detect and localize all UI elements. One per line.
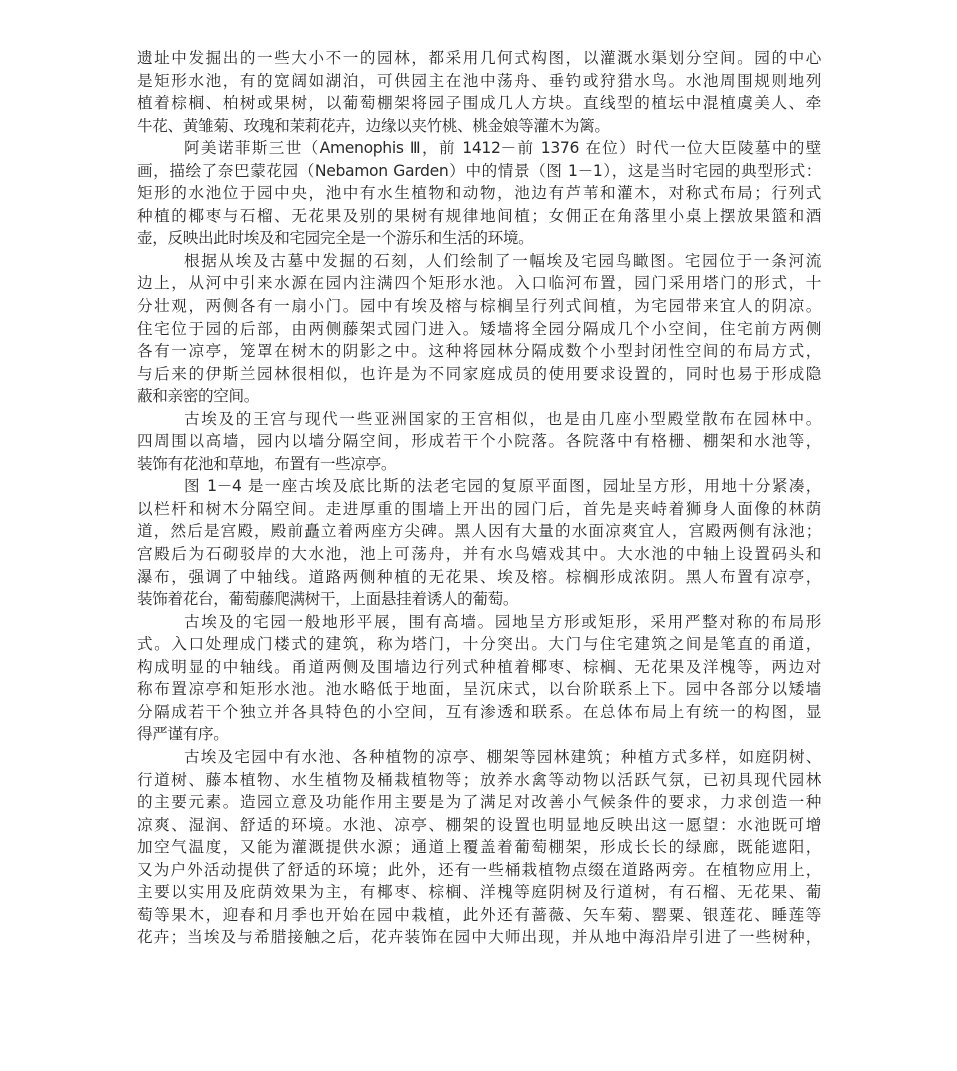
text-line: 古埃及的宅园一般地形平展，围有高墙。园地呈方形或矩形，采用严整对称的布局形 <box>137 611 821 634</box>
text-line: 住宅位于园的后部，由两侧藤架式园门进入。矮墙将全园分隔成几个小空间，住宅前方两侧 <box>137 318 821 341</box>
text-line: 矩形的水池位于园中央，池中有水生植物和动物，池边有芦苇和灌木，对称式布局；行列式 <box>137 182 821 205</box>
text-line: 主要以实用及庇荫效果为主，有椰枣、棕榈、洋槐等庭阴树及行道树，有石榴、无花果、葡 <box>137 881 821 904</box>
paragraph: 古埃及宅园中有水池、各种植物的凉亭、棚架等园林建筑；种植方式多样，如庭阴树、 行… <box>137 746 821 949</box>
text-line: 古埃及的王宫与现代一些亚洲国家的王宫相似，也是由几座小型殿堂散布在园林中。 <box>137 408 821 431</box>
text-line: 分壮观，两侧各有一扇小门。园中有埃及榕与棕榈呈行列式间植，为宅园带来宜人的阴凉。 <box>137 295 821 318</box>
text-line: 又为户外活动提供了舒适的环境；此外，还有一些桶栽植物点缀在道路两旁。在植物应用上… <box>137 859 821 882</box>
paragraph: 阿美诺菲斯三世（Amenophis Ⅲ，前 1412－前 1376 在位）时代一… <box>137 137 821 250</box>
text-line: 蔽和亲密的空间。 <box>137 385 821 408</box>
text-line: 图 1－4 是一座古埃及底比斯的法老宅园的复原平面图，园址呈方形，用地十分紧凑， <box>137 475 821 498</box>
text-line: 花卉；当埃及与希腊接触之后，花卉装饰在园中大师出现，并从地中海沿岸引进了一些树种… <box>137 926 821 949</box>
text-line: 种植的椰枣与石榴、无花果及别的果树有规律地间植；女佣正在角落里小桌上摆放果篮和酒 <box>137 205 821 228</box>
text-line: 瀑布，强调了中轴线。道路两侧种植的无花果、埃及榕。棕榈形成浓阴。黑人布置有凉亭， <box>137 566 821 589</box>
text-line: 称布置凉亭和矩形水池。池水略低于地面，呈沉床式，以台阶联系上下。园中各部分以矮墙 <box>137 678 821 701</box>
text-line: 壶，反映出此时埃及和宅园完全是一个游乐和生活的环境。 <box>137 227 821 250</box>
paragraph: 根据从埃及古墓中发掘的石刻，人们绘制了一幅埃及宅园鸟瞰图。宅园位于一条河流 边上… <box>137 250 821 408</box>
text-line: 装饰着花台，葡萄藤爬满树干，上面悬挂着诱人的葡萄。 <box>137 588 821 611</box>
text-line: 牛花、黄雏菊、玫瑰和茉莉花卉，边缘以夹竹桃、桃金娘等灌木为篱。 <box>137 115 821 138</box>
text-line: 四周围以高墙，园内以墙分隔空间，形成若干个小院落。各院落中有格栅、棚架和水池等， <box>137 430 821 453</box>
paragraph: 古埃及的王宫与现代一些亚洲国家的王宫相似，也是由几座小型殿堂散布在园林中。 四周… <box>137 408 821 476</box>
text-line: 宫殿后为石砌驳岸的大水池，池上可荡舟，并有水鸟嬉戏其中。大水池的中轴上设置码头和 <box>137 543 821 566</box>
text-line: 植着棕榈、柏树或果树，以葡萄棚架将园子围成几人方块。直线型的植坛中混植虞美人、牵 <box>137 92 821 115</box>
text-line: 遗址中发掘出的一些大小不一的园林，都采用几何式构图，以灌溉水渠划分空间。园的中心 <box>137 47 821 70</box>
paragraph: 遗址中发掘出的一些大小不一的园林，都采用几何式构图，以灌溉水渠划分空间。园的中心… <box>137 47 821 137</box>
text-line: 式。入口处理成门楼式的建筑，称为塔门，十分突出。大门与住宅建筑之间是笔直的甬道， <box>137 633 821 656</box>
text-line: 构成明显的中轴线。甬道两侧及围墙边行列式种植着椰枣、棕榈、无花果及洋槐等，两边对 <box>137 656 821 679</box>
paragraph: 图 1－4 是一座古埃及底比斯的法老宅园的复原平面图，园址呈方形，用地十分紧凑，… <box>137 475 821 610</box>
text-line: 萄等果木，迎春和月季也开始在园中栽植，此外还有蔷薇、矢车菊、罂粟、银莲花、睡莲等 <box>137 904 821 927</box>
text-line: 画，描绘了奈巴蒙花园（Nebamon Garden）中的情景（图 1－1），这是… <box>137 160 821 183</box>
text-line: 古埃及宅园中有水池、各种植物的凉亭、棚架等园林建筑；种植方式多样，如庭阴树、 <box>137 746 821 769</box>
document-page: 遗址中发掘出的一些大小不一的园林，都采用几何式构图，以灌溉水渠划分空间。园的中心… <box>137 47 821 949</box>
text-line: 边上，从河中引来水源在园内注满四个矩形水池。入口临河布置，园门采用塔门的形式，十 <box>137 272 821 295</box>
text-line: 根据从埃及古墓中发掘的石刻，人们绘制了一幅埃及宅园鸟瞰图。宅园位于一条河流 <box>137 250 821 273</box>
text-line: 装饰有花池和草地，布置有一些凉亭。 <box>137 453 821 476</box>
text-line: 凉爽、湿润、舒适的环境。水池、凉亭、棚架的设置也明显地反映出这一愿望：水池既可增 <box>137 814 821 837</box>
text-line: 与后来的伊斯兰园林很相似，也许是为不同家庭成员的使用要求设置的，同时也易于形成隐 <box>137 363 821 386</box>
text-line: 的主要元素。造园立意及功能作用主要是为了满足对改善小气候条件的要求，力求创造一种 <box>137 791 821 814</box>
text-line: 道，然后是宫殿，殿前矗立着两座方尖碑。黑人因有大量的水面凉爽宜人，宫殿两侧有泳池… <box>137 520 821 543</box>
text-line: 是矩形水池，有的宽阔如湖泊，可供园主在池中荡舟、垂钓或狩猎水鸟。水池周围规则地列 <box>137 70 821 93</box>
text-line: 加空气温度，又能为灌溉提供水源；通道上覆盖着葡萄棚架，形成长长的绿廊，既能遮阳， <box>137 836 821 859</box>
text-line: 阿美诺菲斯三世（Amenophis Ⅲ，前 1412－前 1376 在位）时代一… <box>137 137 821 160</box>
text-line: 各有一凉亭，笼罩在树木的阴影之中。这种将园林分隔成数个小型封闭性空间的布局方式， <box>137 340 821 363</box>
paragraph: 古埃及的宅园一般地形平展，围有高墙。园地呈方形或矩形，采用严整对称的布局形 式。… <box>137 611 821 746</box>
text-line: 分隔成若干个独立并各具特色的小空间，互有渗透和联系。在总体布局上有统一的构图，显 <box>137 701 821 724</box>
text-line: 以栏杆和树木分隔空间。走进厚重的围墙上开出的园门后，首先是夹峙着狮身人面像的林荫 <box>137 498 821 521</box>
text-line: 行道树、藤本植物、水生植物及桶栽植物等；放养水禽等动物以活跃气氛，已初具现代园林 <box>137 769 821 792</box>
text-line: 得严谨有序。 <box>137 723 821 746</box>
